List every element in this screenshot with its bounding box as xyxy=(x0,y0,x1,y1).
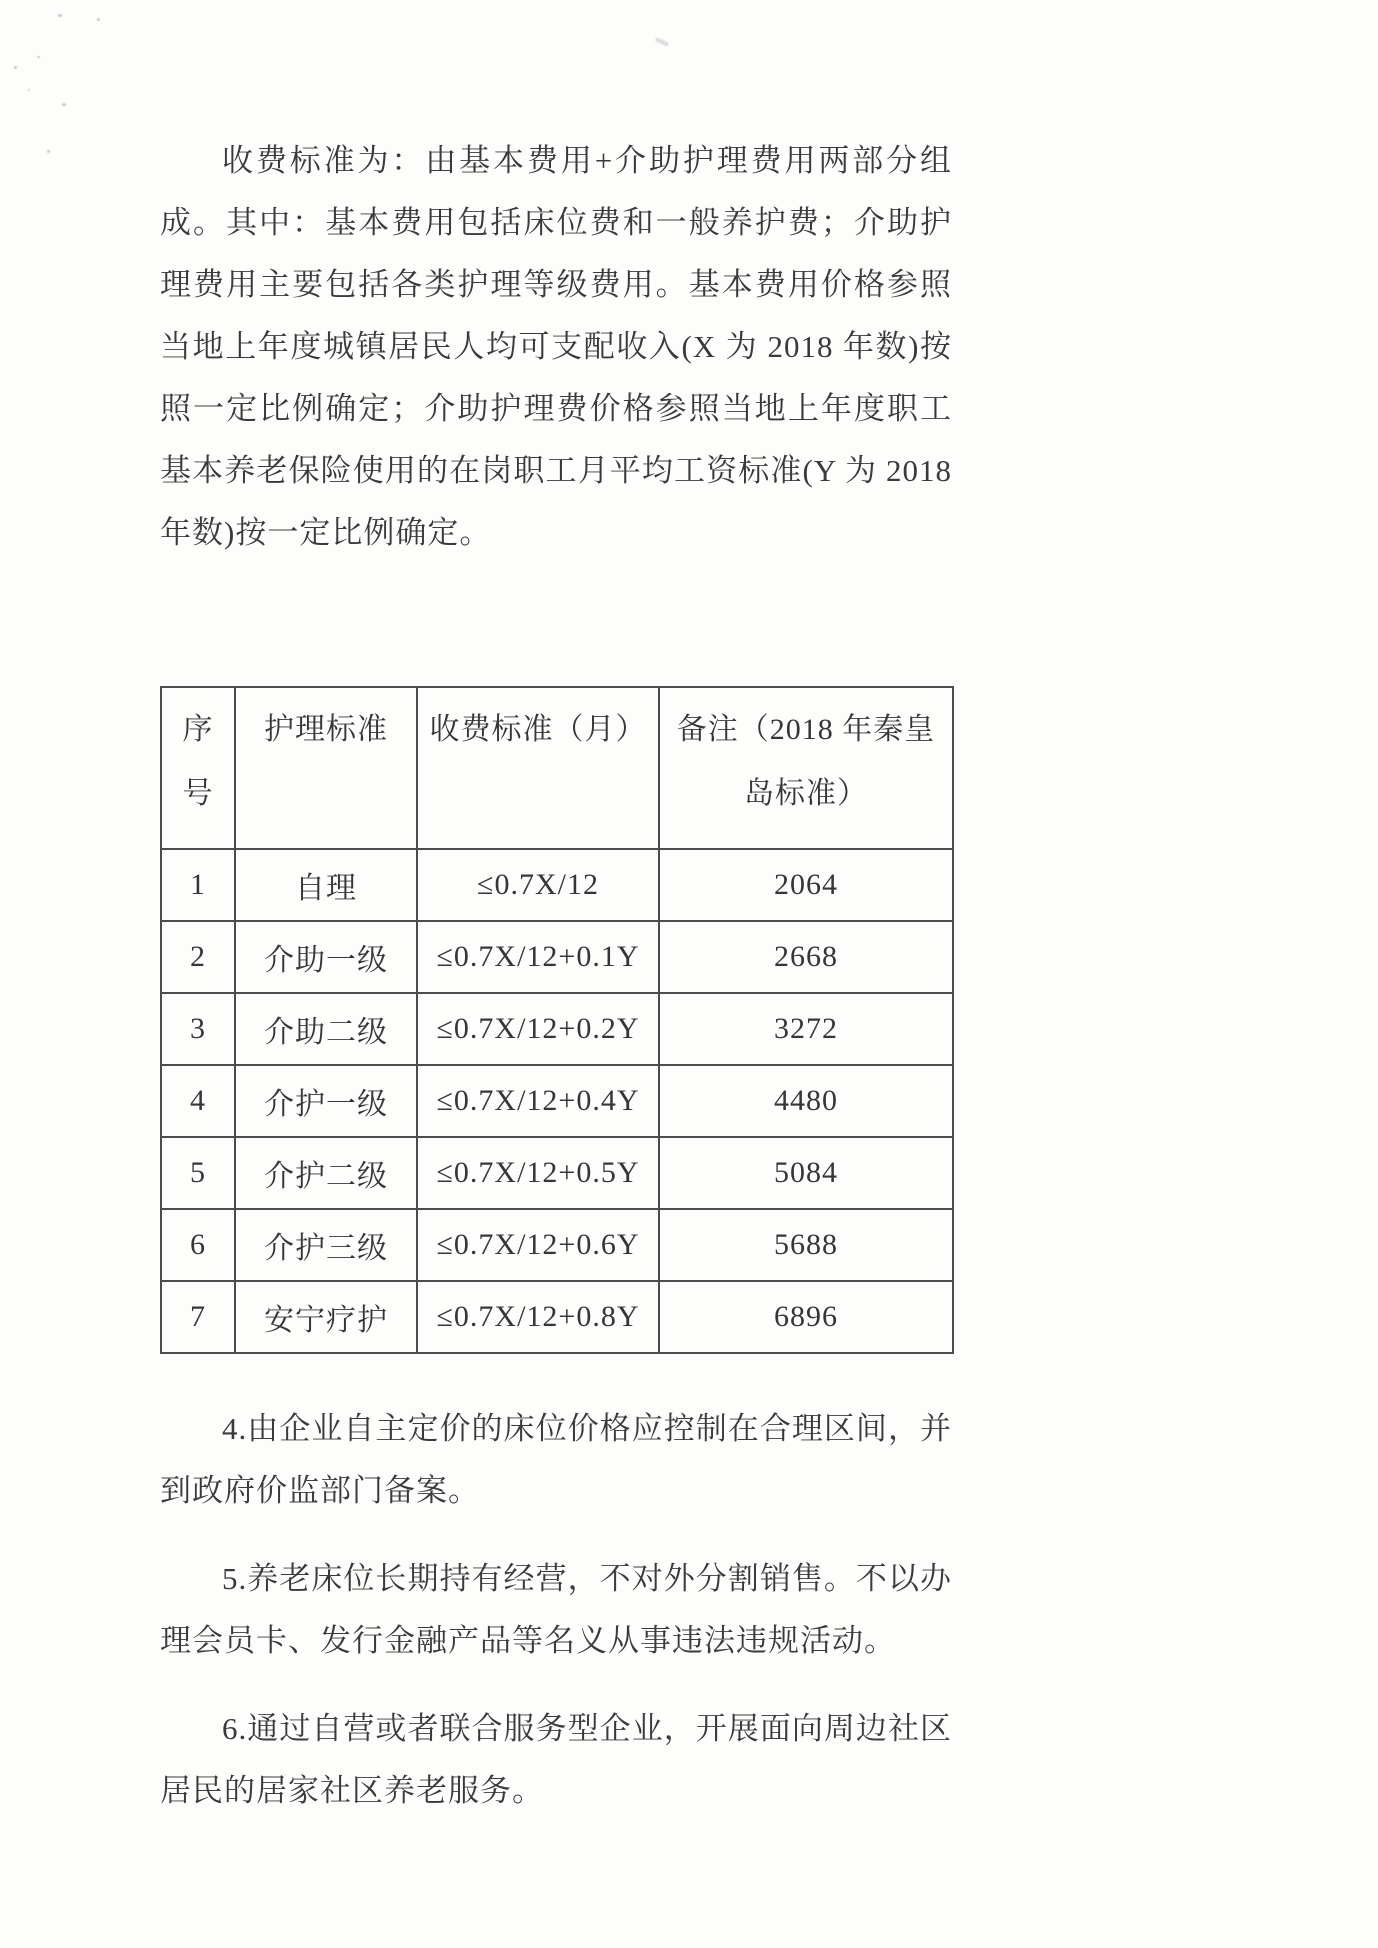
header-cell-no: 序号 xyxy=(161,687,235,849)
cell-no: 2 xyxy=(161,921,235,993)
cell-note: 5084 xyxy=(659,1137,953,1209)
cell-no: 3 xyxy=(161,993,235,1065)
cell-care-standard: 介护二级 xyxy=(235,1137,417,1209)
cell-no: 5 xyxy=(161,1137,235,1209)
scan-artifact xyxy=(58,14,62,17)
cell-note: 2668 xyxy=(659,921,953,993)
cell-fee-standard: ≤0.7X/12 xyxy=(417,849,659,921)
table-row: 1 自理 ≤0.7X/12 2064 xyxy=(161,849,953,921)
cell-care-standard: 安宁疗护 xyxy=(235,1281,417,1353)
cell-fee-standard: ≤0.7X/12+0.6Y xyxy=(417,1209,659,1281)
cell-care-standard: 自理 xyxy=(235,849,417,921)
fee-standard-table: 序号 护理标准 收费标准（月） 备注（2018 年秦皇岛标准） 1 自理 ≤0.… xyxy=(160,686,954,1354)
table-row: 2 介助一级 ≤0.7X/12+0.1Y 2668 xyxy=(161,921,953,993)
cell-care-standard: 介护一级 xyxy=(235,1065,417,1137)
document-page: 收费标准为：由基本费用+介助护理费用两部分组成。其中：基本费用包括床位费和一般养… xyxy=(0,0,1378,1948)
table-row: 4 介护一级 ≤0.7X/12+0.4Y 4480 xyxy=(161,1065,953,1137)
header-cell-care-standard: 护理标准 xyxy=(235,687,417,849)
header-cell-note: 备注（2018 年秦皇岛标准） xyxy=(659,687,953,849)
cell-care-standard: 介助一级 xyxy=(235,921,417,993)
scan-artifact xyxy=(37,56,40,58)
table-row: 7 安宁疗护 ≤0.7X/12+0.8Y 6896 xyxy=(161,1281,953,1353)
cell-no: 4 xyxy=(161,1065,235,1137)
cell-fee-standard: ≤0.7X/12+0.2Y xyxy=(417,993,659,1065)
cell-note: 2064 xyxy=(659,849,953,921)
cell-care-standard: 介助二级 xyxy=(235,993,417,1065)
intro-paragraph: 收费标准为：由基本费用+介助护理费用两部分组成。其中：基本费用包括床位费和一般养… xyxy=(160,130,952,564)
cell-no: 7 xyxy=(161,1281,235,1353)
cell-no: 6 xyxy=(161,1209,235,1281)
scan-artifact xyxy=(14,66,17,69)
table-row: 3 介助二级 ≤0.7X/12+0.2Y 3272 xyxy=(161,993,953,1065)
scan-artifact xyxy=(28,89,30,91)
cell-fee-standard: ≤0.7X/12+0.8Y xyxy=(417,1281,659,1353)
paragraph-item-6: 6.通过自营或者联合服务型企业，开展面向周边社区居民的居家社区养老服务。 xyxy=(160,1698,952,1822)
header-cell-fee-standard: 收费标准（月） xyxy=(417,687,659,849)
cell-note: 4480 xyxy=(659,1065,953,1137)
cell-care-standard: 介护三级 xyxy=(235,1209,417,1281)
scan-artifact xyxy=(62,103,66,106)
scan-artifact xyxy=(655,37,669,47)
cell-no: 1 xyxy=(161,849,235,921)
cell-fee-standard: ≤0.7X/12+0.1Y xyxy=(417,921,659,993)
document-content: 收费标准为：由基本费用+介助护理费用两部分组成。其中：基本费用包括床位费和一般养… xyxy=(160,130,952,1848)
paragraph-item-5: 5.养老床位长期持有经营，不对外分割销售。不以办理会员卡、发行金融产品等名义从事… xyxy=(160,1548,952,1672)
scan-artifact xyxy=(97,18,100,21)
table-row: 6 介护三级 ≤0.7X/12+0.6Y 5688 xyxy=(161,1209,953,1281)
paragraph-item-4: 4.由企业自主定价的床位价格应控制在合理区间，并到政府价监部门备案。 xyxy=(160,1398,952,1522)
cell-fee-standard: ≤0.7X/12+0.4Y xyxy=(417,1065,659,1137)
cell-note: 3272 xyxy=(659,993,953,1065)
table-row: 5 介护二级 ≤0.7X/12+0.5Y 5084 xyxy=(161,1137,953,1209)
cell-fee-standard: ≤0.7X/12+0.5Y xyxy=(417,1137,659,1209)
scan-artifact xyxy=(47,150,50,153)
cell-note: 5688 xyxy=(659,1209,953,1281)
cell-note: 6896 xyxy=(659,1281,953,1353)
table-header-row: 序号 护理标准 收费标准（月） 备注（2018 年秦皇岛标准） xyxy=(161,687,953,849)
